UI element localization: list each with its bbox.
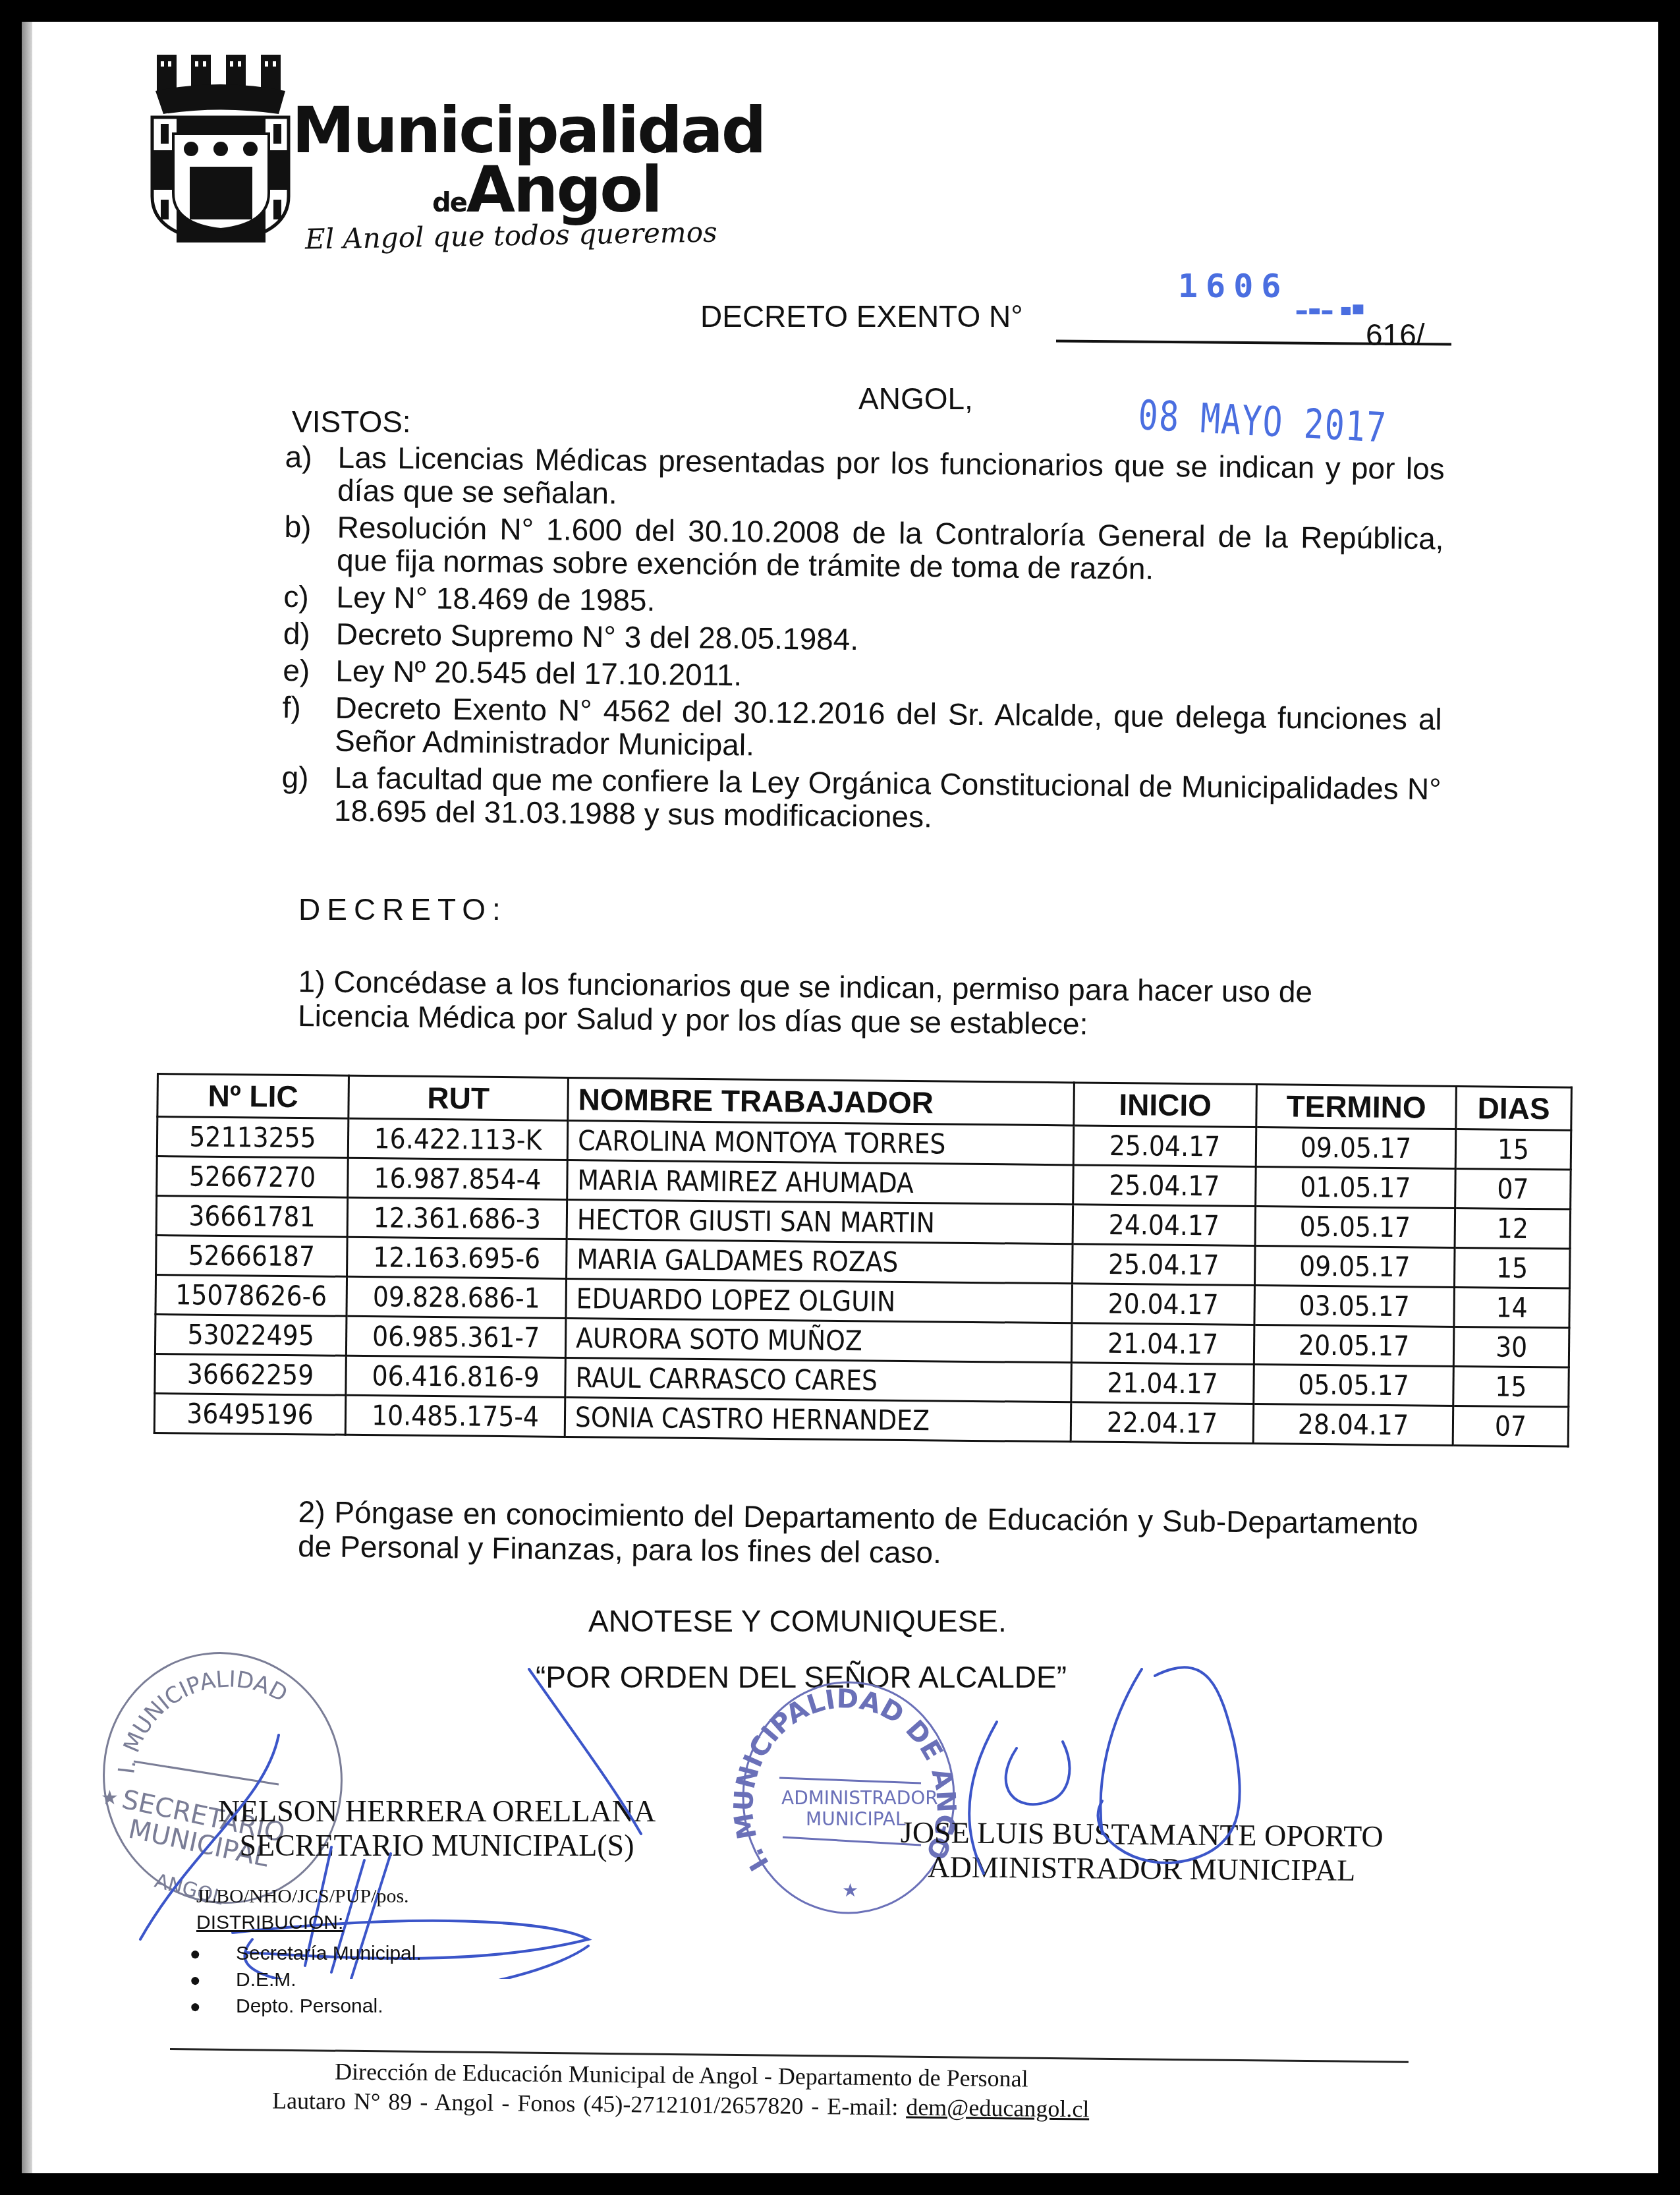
cell-rut: 12.163.695-6: [347, 1237, 567, 1278]
cell-lic: 53022495: [155, 1314, 347, 1355]
decreto-point-1: 1) Concédase a los funcionarios que se i…: [298, 964, 1432, 1044]
cell-start: 24.04.17: [1073, 1205, 1256, 1246]
bullet-icon: ●: [190, 1943, 236, 1964]
cell-end: 09.05.17: [1256, 1127, 1456, 1169]
cell-lic: 52113255: [157, 1117, 349, 1158]
footer-email-link[interactable]: dem@educangol.cl: [906, 2094, 1089, 2123]
bullet-icon: ●: [190, 1970, 236, 1991]
cell-start: 21.04.17: [1071, 1363, 1254, 1404]
logo-de: de: [432, 188, 466, 218]
cell-days: 14: [1454, 1287, 1570, 1328]
secretary-stamp-icon: I. MUNICIPALIDAD SECRETARIO MUNICIPAL AN…: [88, 1636, 371, 1913]
cell-lic: 36661781: [156, 1196, 348, 1238]
cell-days: 15: [1454, 1247, 1570, 1288]
cell-name: AURORA SOTO MUÑOZ: [565, 1318, 1072, 1362]
cell-name: SONIA CASTRO HERNANDEZ: [565, 1397, 1071, 1441]
cell-days: 15: [1453, 1366, 1569, 1407]
cell-end: 01.05.17: [1256, 1167, 1456, 1209]
cell-days: 15: [1455, 1129, 1571, 1170]
cell-lic: 36495196: [154, 1393, 346, 1435]
signer-right-name: JOSE LUIS BUSTAMANTE OPORTO: [845, 1815, 1438, 1854]
distribution-title: DISTRIBUCION:: [196, 1912, 343, 1934]
cell-start: 20.04.17: [1072, 1284, 1255, 1325]
por-orden-text: “POR ORDEN DEL SEÑOR ALCALDE”: [536, 1659, 1067, 1695]
col-header-end: TERMINO: [1256, 1085, 1457, 1129]
coat-of-arms-icon: [150, 51, 292, 242]
cell-end: 03.05.17: [1254, 1286, 1455, 1327]
licenses-table: Nº LIC RUT NOMBRE TRABAJADOR INICIO TERM…: [154, 1073, 1573, 1448]
vistos-title: VISTOS:: [292, 404, 411, 440]
cell-end: 20.05.17: [1254, 1325, 1454, 1367]
list-item: ●Depto. Personal.: [190, 1993, 422, 2020]
bullet-icon: ●: [190, 1996, 236, 2017]
document-page: Municipalidad deAngol El Angol que todos…: [22, 22, 1658, 2173]
cell-start: 25.04.17: [1073, 1126, 1256, 1167]
vistos-item: a)Las Licencias Médicas presentadas por …: [285, 440, 1445, 518]
cell-name: RAUL CARRASCO CARES: [565, 1357, 1072, 1402]
col-header-lic: Nº LIC: [157, 1074, 349, 1119]
footer-department: Dirección de Educación Municipal de Ango…: [335, 2057, 1028, 2092]
svg-text:★: ★: [101, 1787, 119, 1809]
signer-left-name: NELSON HERRERA ORELLANA: [173, 1794, 700, 1829]
svg-text:I. MUNICIPALIDAD: I. MUNICIPALIDAD: [113, 1666, 292, 1775]
decree-label: DECRETO EXENTO N°: [700, 299, 1023, 334]
decreto-point-2: 2) Póngase en conocimiento del Departame…: [298, 1495, 1418, 1575]
cell-rut: 12.361.686-3: [347, 1197, 567, 1239]
cell-end: 09.05.17: [1254, 1246, 1455, 1288]
cell-end: 05.05.17: [1255, 1207, 1455, 1248]
decree-number: 616/: [1366, 317, 1425, 353]
cell-rut: 16.987.854-4: [348, 1158, 568, 1199]
cell-start: 25.04.17: [1073, 1165, 1256, 1207]
cell-name: MARIA GALDAMES ROZAS: [567, 1239, 1073, 1283]
cell-lic: 52667270: [157, 1156, 349, 1198]
cell-rut: 06.416.816-9: [346, 1355, 566, 1397]
cell-days: 12: [1455, 1208, 1571, 1249]
cell-rut: 09.828.686-1: [347, 1276, 567, 1318]
col-header-rut: RUT: [349, 1075, 569, 1120]
footer-contact: Lautaro N° 89 - Angol - Fonos (45)-27121…: [272, 2087, 1090, 2123]
stamp-smudge: ▂▃▂ ▄▅: [1297, 299, 1395, 308]
list-item: ●Secretaría Municipal.: [190, 1941, 422, 1967]
stamp-number: 1606: [1178, 267, 1289, 305]
col-header-start: INICIO: [1074, 1083, 1257, 1127]
logo-title: Municipalidad: [292, 101, 661, 160]
logo-tagline: El Angol que todos queremos: [305, 216, 717, 256]
cell-name: MARIA RAMIREZ AHUMADA: [567, 1160, 1074, 1204]
vistos-item: b)Resolución N° 1.600 del 30.10.2008 de …: [284, 510, 1444, 588]
cell-name: EDUARDO LOPEZ OLGUIN: [566, 1278, 1073, 1323]
vistos-list: a)Las Licencias Médicas presentadas por …: [281, 440, 1445, 842]
cell-name: CAROLINA MONTOYA TORRES: [567, 1120, 1074, 1164]
stamp-date: 08 MAYO 2017: [1137, 391, 1388, 452]
cell-days: 07: [1455, 1168, 1571, 1209]
signer-left-role: SECRETARIO MUNICIPAL(S): [173, 1829, 700, 1863]
col-header-name: NOMBRE TRABAJADOR: [568, 1077, 1075, 1125]
cell-lic: 15078626-6: [155, 1275, 347, 1317]
cell-rut: 06.985.361-7: [346, 1316, 566, 1357]
signer-right-role: ADMINISTRADOR MUNICIPAL: [845, 1849, 1438, 1889]
city-label: ANGOL,: [858, 381, 973, 416]
cell-name: HECTOR GIUSTI SAN MARTIN: [567, 1199, 1073, 1243]
cell-start: 21.04.17: [1071, 1323, 1254, 1365]
signature-right: JOSE LUIS BUSTAMANTE OPORTO ADMINISTRADO…: [845, 1815, 1439, 1889]
col-header-days: DIAS: [1456, 1086, 1572, 1130]
anotese-text: ANOTESE Y COMUNIQUESE.: [588, 1603, 1007, 1639]
svg-text:ADMINISTRADOR: ADMINISTRADOR: [781, 1787, 938, 1809]
cell-rut: 16.422.113-K: [348, 1118, 568, 1160]
administrator-stamp-icon: I. MUNICIPALIDAD DE ANGOL ADMINISTRADOR …: [730, 1672, 967, 1923]
cell-lic: 52666187: [156, 1236, 348, 1277]
cell-rut: 10.485.175-4: [345, 1395, 565, 1437]
cell-days: 30: [1453, 1326, 1569, 1367]
decreto-title: DECRETO:: [298, 892, 507, 927]
list-item: ●D.E.M.: [190, 1967, 422, 1993]
cell-days: 07: [1453, 1406, 1569, 1446]
signature-left: NELSON HERRERA ORELLANA SECRETARIO MUNIC…: [173, 1794, 700, 1863]
distribution-list: ●Secretaría Municipal. ●D.E.M. ●Depto. P…: [190, 1941, 422, 2020]
vistos-item: g)La facultad que me confiere la Ley Org…: [281, 760, 1442, 838]
vistos-item: f)Decreto Exento N° 4562 del 30.12.2016 …: [282, 691, 1442, 768]
cell-start: 22.04.17: [1071, 1402, 1254, 1444]
document-initials: JLBO/NHO/JCS/PUP/pos.: [196, 1885, 409, 1908]
cell-lic: 36662259: [155, 1354, 347, 1395]
cell-end: 28.04.17: [1253, 1404, 1453, 1446]
cell-end: 05.05.17: [1254, 1365, 1454, 1406]
logo-city: Angol: [466, 153, 661, 227]
cell-start: 25.04.17: [1072, 1244, 1255, 1286]
